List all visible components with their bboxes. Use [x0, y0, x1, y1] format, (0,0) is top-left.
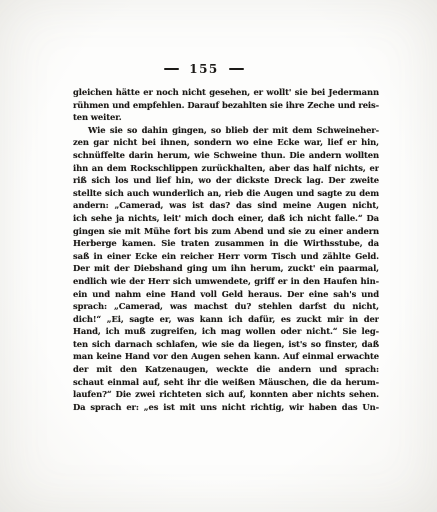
text-line: Herberge kamen. Sie traten zusammen in d…	[73, 237, 379, 250]
text-line: Hand, ich muß zugreifen, ich mag wollen …	[73, 325, 379, 338]
text-line: ein und nahm eine Hand voll Geld heraus.…	[73, 288, 379, 301]
text-line: ten weiter.	[73, 111, 379, 124]
text-line: ich sehe ja nichts, leit' mich doch eine…	[73, 212, 379, 225]
text-line: andern: „Camerad, was ist das? das sind …	[73, 199, 379, 212]
text-line: endlich wie der Herr sich umwendete, gri…	[73, 275, 379, 288]
page-number: 155	[189, 62, 219, 76]
text-line: gleichen hätte er noch nicht gesehen, er…	[73, 86, 379, 99]
text-line: sprach: „Camerad, was machst du? stehlen…	[73, 300, 379, 313]
text-line: Der mit der Diebshand ging um ihn herum,…	[73, 262, 379, 275]
text-line: schnüffelte darin herum, wie Schweine th…	[73, 149, 379, 162]
scanned-book-page: 155 gleichen hätte er noch nicht gesehen…	[0, 0, 437, 512]
header-rule-left	[164, 68, 179, 70]
text-line: gingen sie mit Mühe fort bis zum Abend u…	[73, 225, 379, 238]
text-line: ihn an dem Rockschlippen zurückhalten, a…	[73, 162, 379, 175]
text-line: man keine Hand vor den Augen sehen kann.…	[73, 350, 379, 363]
text-line: Wie sie so dahin gingen, so blieb der mi…	[73, 124, 379, 137]
text-line: ten sich darnach schlafen, wie sie da li…	[73, 338, 379, 351]
text-line: Da sprach er: „es ist mit uns nicht rich…	[73, 401, 379, 414]
text-line: dich!“ „Ei, sagte er, was kann ich dafür…	[73, 313, 379, 326]
page-header: 155	[164, 62, 244, 76]
header-rule-right	[229, 68, 244, 70]
text-line: zen gar nicht bei ihnen, sondern wo eine…	[73, 136, 379, 149]
text-line: laufen?“ Die zwei richteten sich auf, ko…	[73, 388, 379, 401]
text-line: stellte sich auch wunderlich an, rieb di…	[73, 187, 379, 200]
text-line: saß in einer Ecke ein reicher Herr vorm …	[73, 250, 379, 263]
text-line: schaut einmal auf, seht ihr die weißen M…	[73, 376, 379, 389]
text-line: der mit den Katzenaugen, weckte die ande…	[73, 363, 379, 376]
text-line: rühmen und empfehlen. Darauf bezahlten s…	[73, 99, 379, 112]
body-text: gleichen hätte er noch nicht gesehen, er…	[73, 86, 379, 413]
text-line: riß sich los und lief hin, wo der dickst…	[73, 174, 379, 187]
